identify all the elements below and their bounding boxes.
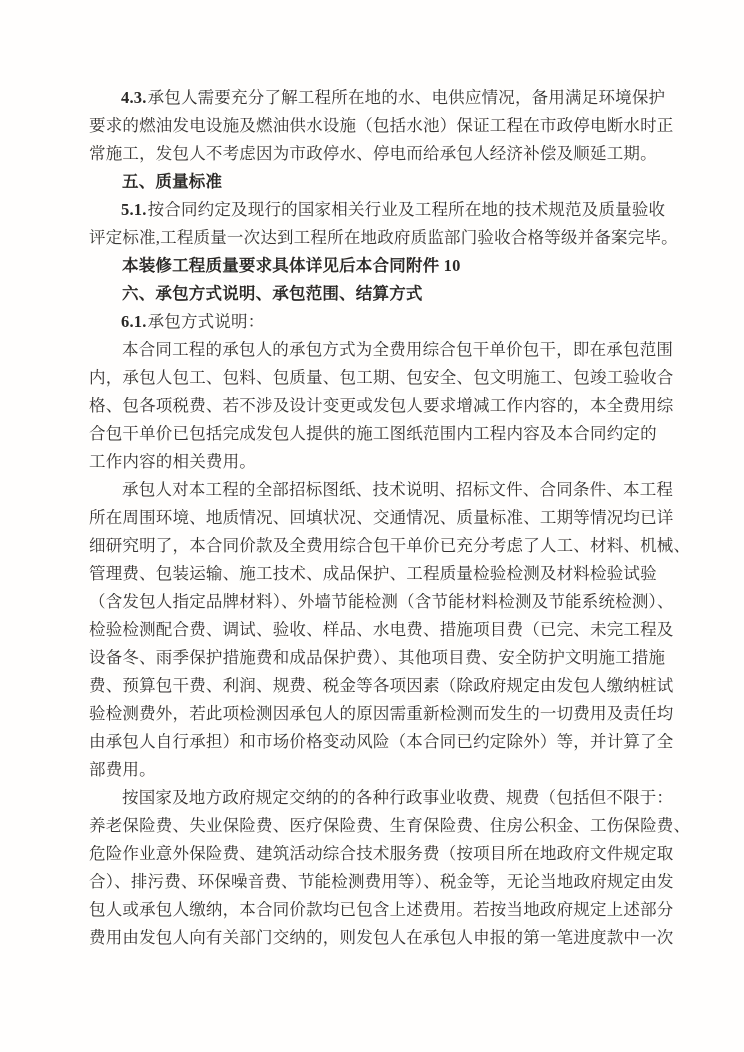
text-line: 格、包各项税费、若不涉及设计变更或发包人要求增减工作内容的，本全费用综 <box>88 392 664 420</box>
line-text: 本装修工程质量要求具体详见后本合同附件 10 <box>122 256 461 275</box>
line-text: 设备冬、雨季保护措施费和成品保护费）、其他项目费、安全防护文明施工措施 <box>89 648 665 667</box>
line-text: 费、预算包干费、利润、规费、税金等各项因素（除政府规定由发包人缴纳桩试 <box>89 676 674 695</box>
line-text: 工作内容的相关费用。 <box>89 452 256 471</box>
line-text: 合包干单价已包括完成发包人提供的施工图纸范围内工程内容及本合同约定的 <box>89 424 657 443</box>
line-text: 合）、排污费、环保噪音费、节能检测费用等）、税金等，无论当地政府规定由发 <box>89 872 674 891</box>
text-line: 5.1.按合同约定及现行的国家相关行业及工程所在地的技术规范及质量验收 <box>88 196 664 224</box>
text-line: 验检测费外，若此项检测因承包人的原因需重新检测而发生的一切费用及责任均 <box>88 700 664 728</box>
line-text: 按国家及地方政府规定交纳的的各种行政事业收费、规费（包括但不限于： <box>122 788 673 807</box>
line-text: 验检测费外，若此项检测因承包人的原因需重新检测而发生的一切费用及责任均 <box>89 704 674 723</box>
text-line: 设备冬、雨季保护措施费和成品保护费）、其他项目费、安全防护文明施工措施 <box>88 644 664 672</box>
text-line: 五、质量标准 <box>88 168 664 196</box>
line-text: 按合同约定及现行的国家相关行业及工程所在地的技术规范及质量验收 <box>148 200 666 219</box>
text-line: 六、承包方式说明、承包范围、结算方式 <box>88 280 664 308</box>
text-line: 所在周围环境、地质情况、回填状况、交通情况、质量标准、工期等情况均已详 <box>88 504 664 532</box>
line-text: 养老保险费、失业保险费、医疗保险费、生育保险费、住房公积金、工伤保险费、 <box>89 816 690 835</box>
line-text: 内，承包人包工、包料、包质量、包工期、包安全、包文明施工、包竣工验收合 <box>89 368 674 387</box>
text-line: 6.1.承包方式说明： <box>88 308 664 336</box>
text-line: （含发包人指定品牌材料）、外墙节能检测（含节能材料检测及节能系统检测）、 <box>88 588 664 616</box>
document-text-block: 4.3.承包人需要充分了解工程所在地的水、电供应情况，备用满足环境保护 要求的燃… <box>88 84 664 952</box>
line-text: 由承包人自行承担）和市场价格变动风险（本合同已约定除外）等，并计算了全 <box>89 732 674 751</box>
text-line: 承包人对本工程的全部招标图纸、技术说明、招标文件、合同条件、本工程 <box>88 476 664 504</box>
line-text: 要求的燃油发电设施及燃油供水设施（包括水池）保证工程在市政停电断水时正 <box>89 116 674 135</box>
line-text: 危险作业意外保险费、建筑活动综合技术服务费（按项目所在地政府文件规定取 <box>89 844 674 863</box>
line-text: 检验检测配合费、调试、验收、样品、水电费、措施项目费（已完、未完工程及 <box>89 620 674 639</box>
clause-number: 4.3. <box>121 88 148 107</box>
text-line: 常施工，发包人不考虑因为市政停水、停电而给承包人经济补偿及顺延工期。 <box>88 140 664 168</box>
text-line: 本合同工程的承包人的承包方式为全费用综合包干单价包干，即在承包范围 <box>88 336 664 364</box>
text-line: 评定标准,工程质量一次达到工程所在地政府质监部门验收合格等级并备案完毕。 <box>88 224 664 252</box>
text-line: 部费用。 <box>88 756 664 784</box>
text-line: 合包干单价已包括完成发包人提供的施工图纸范围内工程内容及本合同约定的 <box>88 420 664 448</box>
line-text: 承包人需要充分了解工程所在地的水、电供应情况，备用满足环境保护 <box>148 88 666 107</box>
line-text: 承包方式说明： <box>148 312 265 331</box>
text-line: 管理费、包装运输、施工技术、成品保护、工程质量检验检测及材料检验试验 <box>88 560 664 588</box>
text-line: 危险作业意外保险费、建筑活动综合技术服务费（按项目所在地政府文件规定取 <box>88 840 664 868</box>
text-line: 包人或承包人缴纳，本合同价款均已包含上述费用。若按当地政府规定上述部分 <box>88 896 664 924</box>
text-line: 4.3.承包人需要充分了解工程所在地的水、电供应情况，备用满足环境保护 <box>88 84 664 112</box>
text-line: 内，承包人包工、包料、包质量、包工期、包安全、包文明施工、包竣工验收合 <box>88 364 664 392</box>
document-page: 4.3.承包人需要充分了解工程所在地的水、电供应情况，备用满足环境保护 要求的燃… <box>0 0 744 1052</box>
text-line: 工作内容的相关费用。 <box>88 448 664 476</box>
clause-number: 5.1. <box>121 200 148 219</box>
line-text: 评定标准,工程质量一次达到工程所在地政府质监部门验收合格等级并备案完毕。 <box>89 228 678 247</box>
line-text: 包人或承包人缴纳，本合同价款均已包含上述费用。若按当地政府规定上述部分 <box>89 900 674 919</box>
text-line: 细研究明了，本合同价款及全费用综合包干单价已充分考虑了人工、材料、机械、 <box>88 532 664 560</box>
text-line: 检验检测配合费、调试、验收、样品、水电费、措施项目费（已完、未完工程及 <box>88 616 664 644</box>
line-text: 承包人对本工程的全部招标图纸、技术说明、招标文件、合同条件、本工程 <box>122 480 673 499</box>
text-line: 费用由发包人向有关部门交纳的，则发包人在承包人申报的第一笔进度款中一次 <box>88 924 664 952</box>
text-line: 要求的燃油发电设施及燃油供水设施（包括水池）保证工程在市政停电断水时正 <box>88 112 664 140</box>
text-line: 费、预算包干费、利润、规费、税金等各项因素（除政府规定由发包人缴纳桩试 <box>88 672 664 700</box>
text-line: 养老保险费、失业保险费、医疗保险费、生育保险费、住房公积金、工伤保险费、 <box>88 812 664 840</box>
text-line: 由承包人自行承担）和市场价格变动风险（本合同已约定除外）等，并计算了全 <box>88 728 664 756</box>
line-text: （含发包人指定品牌材料）、外墙节能检测（含节能材料检测及节能系统检测）、 <box>89 592 674 611</box>
line-text: 五、质量标准 <box>122 172 222 191</box>
line-text: 常施工，发包人不考虑因为市政停水、停电而给承包人经济补偿及顺延工期。 <box>89 144 657 163</box>
line-text: 格、包各项税费、若不涉及设计变更或发包人要求增减工作内容的，本全费用综 <box>89 396 674 415</box>
line-text: 所在周围环境、地质情况、回填状况、交通情况、质量标准、工期等情况均已详 <box>89 508 674 527</box>
line-text: 费用由发包人向有关部门交纳的，则发包人在承包人申报的第一笔进度款中一次 <box>89 928 674 947</box>
line-text: 细研究明了，本合同价款及全费用综合包干单价已充分考虑了人工、材料、机械、 <box>89 536 690 555</box>
text-line: 合）、排污费、环保噪音费、节能检测费用等）、税金等，无论当地政府规定由发 <box>88 868 664 896</box>
line-text: 六、承包方式说明、承包范围、结算方式 <box>122 284 423 303</box>
line-text: 管理费、包装运输、施工技术、成品保护、工程质量检验检测及材料检验试验 <box>89 564 657 583</box>
text-line: 按国家及地方政府规定交纳的的各种行政事业收费、规费（包括但不限于： <box>88 784 664 812</box>
line-text: 本合同工程的承包人的承包方式为全费用综合包干单价包干，即在承包范围 <box>122 340 673 359</box>
text-line: 本装修工程质量要求具体详见后本合同附件 10 <box>88 252 664 280</box>
clause-number: 6.1. <box>121 312 148 331</box>
line-text: 部费用。 <box>89 760 156 779</box>
